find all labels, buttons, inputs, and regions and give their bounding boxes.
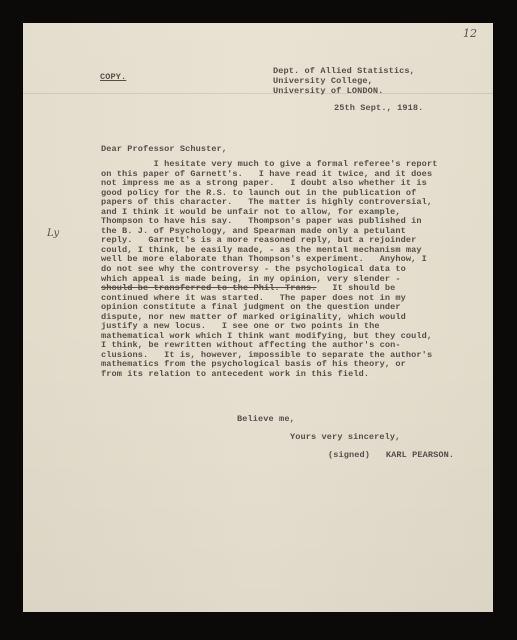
address-line: University of LONDON. bbox=[273, 87, 415, 97]
page-number: 12 bbox=[463, 27, 477, 40]
paper-fold-line bbox=[23, 93, 493, 94]
body-line: from its relation to antecedent work in … bbox=[101, 370, 437, 380]
copy-stamp: COPY. bbox=[100, 72, 126, 83]
letter-date: 25th Sept., 1918. bbox=[334, 103, 423, 114]
closing-believe-me: Believe me, bbox=[237, 414, 295, 425]
closing-yours-sincerely: Yours very sincerely, bbox=[290, 432, 400, 443]
letter-body: I hesitate very much to give a formal re… bbox=[101, 160, 437, 380]
salutation: Dear Professor Schuster, bbox=[101, 144, 227, 155]
body-line-rest: It should be bbox=[317, 283, 396, 293]
sender-address: Dept. of Allied Statistics,University Co… bbox=[273, 67, 415, 96]
struck-text: should be transferred to the Phil. Trans… bbox=[101, 283, 317, 293]
letter-page: 12 Ly COPY. Dept. of Allied Statistics,U… bbox=[23, 23, 493, 612]
signature: (signed) KARL PEARSON. bbox=[328, 450, 454, 461]
margin-annotation: Ly bbox=[47, 228, 59, 239]
